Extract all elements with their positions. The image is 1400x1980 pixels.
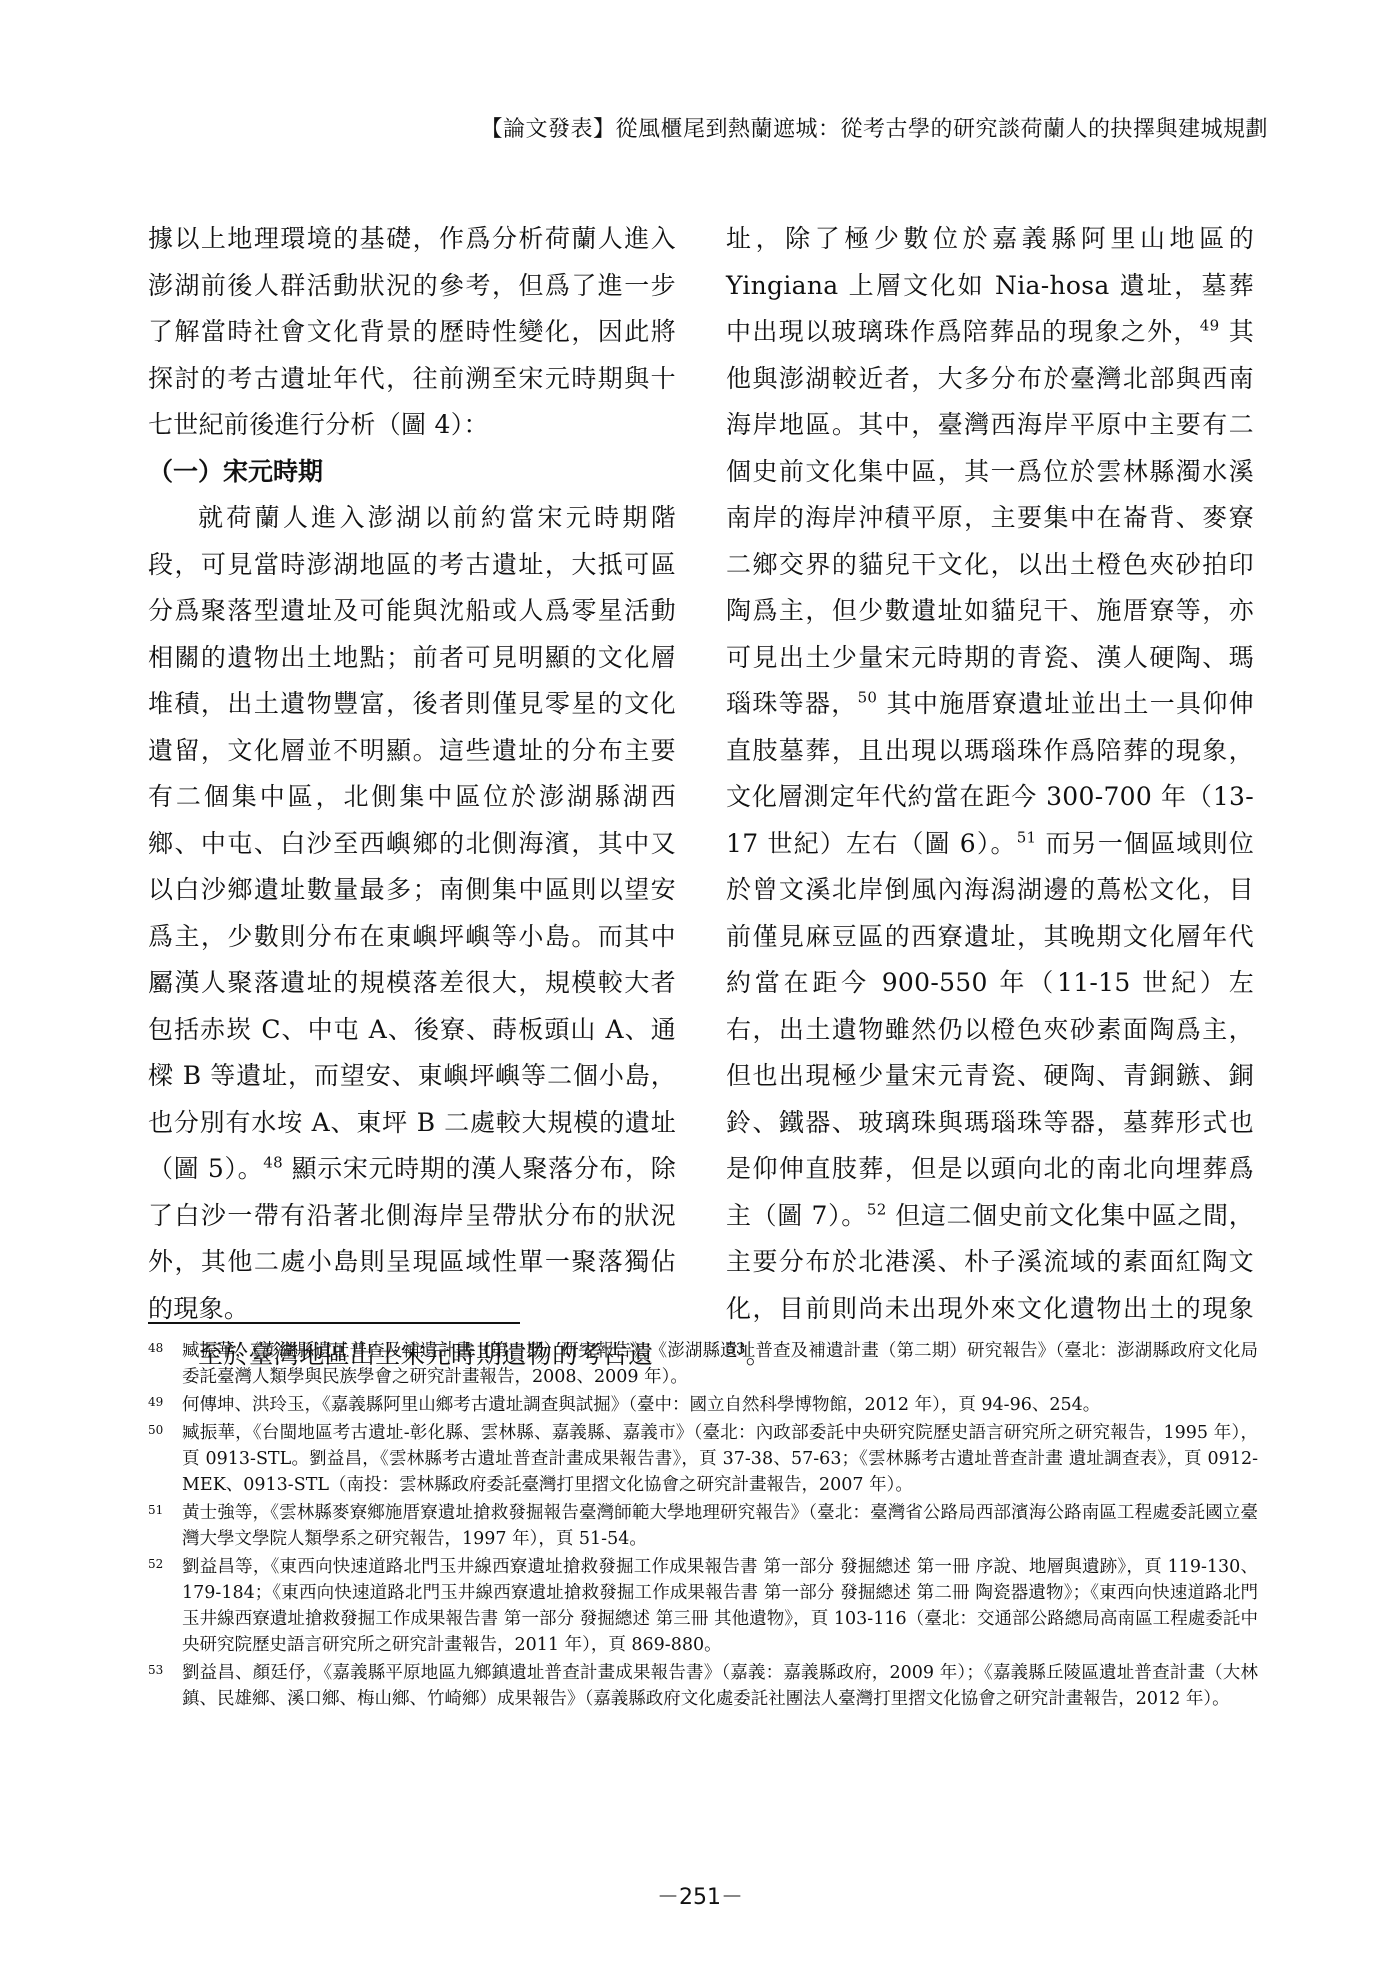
footnote-53: 53劉益昌、顏廷伃，《嘉義縣平原地區九鄉鎮遺址普查計畫成果報告書》（嘉義：嘉義縣… <box>148 1660 1258 1712</box>
footnote-49: 49何傳坤、洪玲玉，《嘉義縣阿里山鄉考古遺址調查與試掘》（臺中：國立自然科學博物… <box>148 1392 1258 1418</box>
footnote-48: 48臧振華，《澎湖縣遺址普查及補遺計畫（第一期）研究報告》、《澎湖縣遺址普查及補… <box>148 1338 1258 1390</box>
footnote-text: 劉益昌等，《東西向快速道路北門玉井線西寮遺址搶救發掘工作成果報告書 第一部分 發… <box>182 1557 1258 1655</box>
footnote-text: 黃士強等，《雲林縣麥寮鄉施厝寮遺址搶救發掘報告臺灣師範大學地理研究報告》（臺北：… <box>182 1503 1258 1549</box>
footnote-number: 51 <box>148 1497 163 1523</box>
footnote-ref-48[interactable]: 48 <box>263 1154 283 1172</box>
paragraph-text: 其他與澎湖較近者，大多分布於臺灣北部與西南海岸地區。其中，臺灣西海岸平原中主要有… <box>726 317 1254 718</box>
footnote-51: 51黃士強等，《雲林縣麥寮鄉施厝寮遺址搶救發掘報告臺灣師範大學地理研究報告》（臺… <box>148 1500 1258 1552</box>
footnote-ref-49[interactable]: 49 <box>1200 317 1220 335</box>
footnote-ref-50[interactable]: 50 <box>858 689 878 707</box>
footnote-divider <box>148 1322 520 1324</box>
page-number: －251－ <box>0 1880 1400 1911</box>
footnote-number: 49 <box>148 1389 163 1415</box>
footnote-number: 52 <box>148 1551 163 1577</box>
footnote-ref-52[interactable]: 52 <box>867 1200 887 1218</box>
intro-paragraph: 據以上地理環境的基礎，作爲分析荷蘭人進入澎湖前後人群活動狀況的參考，但爲了進一步… <box>148 216 676 449</box>
paragraph-text: 址，除了極少數位於嘉義縣阿里山地區的 Yingiana 上層文化如 Nia-ho… <box>726 224 1254 346</box>
paragraph-text: 就荷蘭人進入澎湖以前約當宋元時期階段，可見當時澎湖地區的考古遺址，大抵可區分爲聚… <box>148 503 676 1183</box>
section-heading: （一）宋元時期 <box>148 449 676 496</box>
paragraph-text: 而另一個區域則位於曾文溪北岸倒風內海潟湖邊的蔦松文化，目前僅見麻豆區的西寮遺址，… <box>726 829 1254 1230</box>
footnote-52: 52劉益昌等，《東西向快速道路北門玉井線西寮遺址搶救發掘工作成果報告書 第一部分… <box>148 1554 1258 1658</box>
running-header: 【論文發表】從風櫃尾到熱蘭遮城：從考古學的研究談荷蘭人的抉擇與建城規劃 <box>0 112 1400 143</box>
left-column: 據以上地理環境的基礎，作爲分析荷蘭人進入澎湖前後人群活動狀況的參考，但爲了進一步… <box>148 216 676 1379</box>
right-column: 址，除了極少數位於嘉義縣阿里山地區的 Yingiana 上層文化如 Nia-ho… <box>726 216 1254 1379</box>
footnote-number: 53 <box>148 1657 163 1683</box>
footnote-text: 何傳坤、洪玲玉，《嘉義縣阿里山鄉考古遺址調查與試掘》（臺中：國立自然科學博物館，… <box>182 1395 1100 1415</box>
footnote-ref-51[interactable]: 51 <box>1017 828 1037 846</box>
footnote-number: 50 <box>148 1417 163 1443</box>
footnote-50: 50臧振華，《台閩地區考古遺址-彰化縣、雲林縣、嘉義縣、嘉義市》（臺北：內政部委… <box>148 1420 1258 1498</box>
footnotes: 48臧振華，《澎湖縣遺址普查及補遺計畫（第一期）研究報告》、《澎湖縣遺址普查及補… <box>148 1338 1258 1714</box>
footnote-number: 48 <box>148 1335 163 1361</box>
footnote-text: 臧振華，《澎湖縣遺址普查及補遺計畫（第一期）研究報告》、《澎湖縣遺址普查及補遺計… <box>182 1341 1258 1387</box>
footnote-text: 臧振華，《台閩地區考古遺址-彰化縣、雲林縣、嘉義縣、嘉義市》（臺北：內政部委託中… <box>182 1423 1258 1495</box>
footnote-text: 劉益昌、顏廷伃，《嘉義縣平原地區九鄉鎮遺址普查計畫成果報告書》（嘉義：嘉義縣政府… <box>182 1663 1258 1709</box>
paragraph-song-yuan: 就荷蘭人進入澎湖以前約當宋元時期階段，可見當時澎湖地區的考古遺址，大抵可區分爲聚… <box>148 495 676 1332</box>
paragraph-taiwan-continued: 址，除了極少數位於嘉義縣阿里山地區的 Yingiana 上層文化如 Nia-ho… <box>726 216 1254 1379</box>
